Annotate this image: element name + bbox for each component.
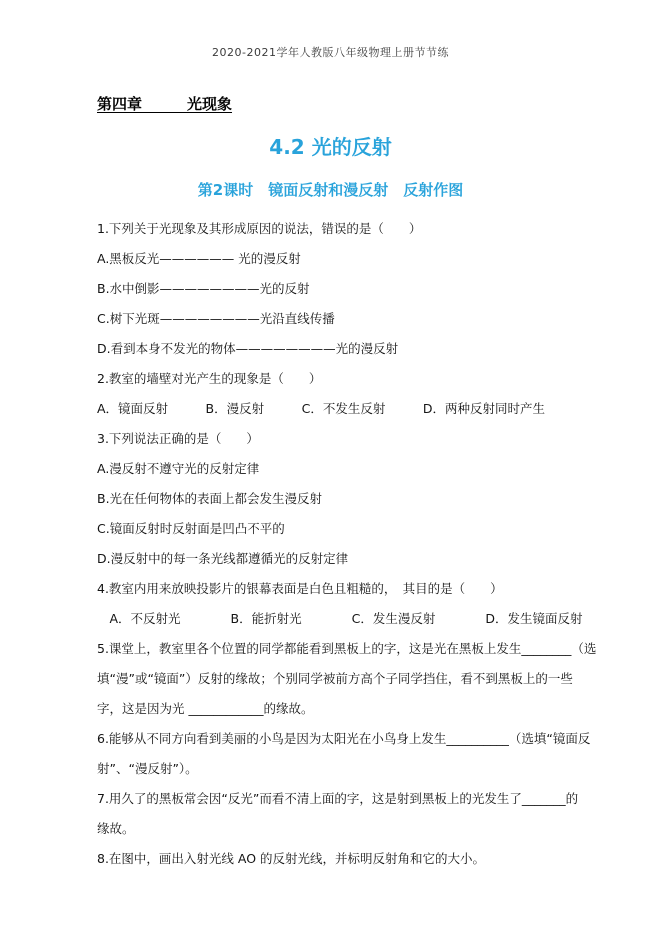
chapter-title: 第四章 光现象 <box>97 93 661 114</box>
question-3: 3.下列说法正确的是（ ） A.漫反射不遵守光的反射定律 B.光在任何物体的表面… <box>97 424 581 574</box>
question-3-option-b: B.光在任何物体的表面上都会发生漫反射 <box>97 484 581 514</box>
question-1-stem: 1.下列关于光现象及其形成原因的说法，错误的是（ ） <box>97 214 581 244</box>
question-3-option-a: A.漫反射不遵守光的反射定律 <box>97 454 581 484</box>
worksheet-page: 2020-2021学年人教版八年级物理上册节节练 第四章 光现象 4.2 光的反… <box>0 0 661 935</box>
question-4: 4.教室内用来放映投影片的银幕表面是白色且粗糙的， 其目的是（ ） A．不反射光… <box>97 574 581 634</box>
question-5-line-1: 5.课堂上，教室里各个位置的同学都能看到黑板上的字，这是光在黑板上发生_____… <box>97 634 581 664</box>
question-6-line-2: 射”、“漫反射”）。 <box>97 754 581 784</box>
question-5-line-2: 填“漫”或“镜面”）反射的缘故；个别同学被前方高个子同学挡住，看不到黑板上的一些 <box>97 664 581 694</box>
question-4-options: A．不反射光 B．能折射光 C．发生漫反射 D．发生镜面反射 <box>97 604 581 634</box>
question-3-option-c: C.镜面反射时反射面是凹凸不平的 <box>97 514 581 544</box>
question-3-option-d: D.漫反射中的每一条光线都遵循光的反射定律 <box>97 544 581 574</box>
question-7-line-1: 7.用久了的黑板常会因“反光”而看不清上面的字，这是射到黑板上的光发生了____… <box>97 784 581 814</box>
question-1-option-a: A.黑板反光—————— 光的漫反射 <box>97 244 581 274</box>
question-2: 2.教室的墙壁对光产生的现象是（ ） A．镜面反射 B．漫反射 C．不发生反射 … <box>97 364 581 424</box>
question-1-option-d: D.看到本身不发光的物体————————光的漫反射 <box>97 334 581 364</box>
document-header: 2020-2021学年人教版八年级物理上册节节练 <box>0 0 661 60</box>
question-1: 1.下列关于光现象及其形成原因的说法，错误的是（ ） A.黑板反光—————— … <box>97 214 581 364</box>
question-1-option-b: B.水中倒影————————光的反射 <box>97 274 581 304</box>
question-2-stem: 2.教室的墙壁对光产生的现象是（ ） <box>97 364 581 394</box>
question-8-line-1: 8.在图中，画出入射光线 AO 的反射光线，并标明反射角和它的大小。 <box>97 844 581 874</box>
question-7-line-2: 缘故。 <box>97 814 581 844</box>
question-5-line-3: 字，这是因为光 ____________的缘故。 <box>97 694 581 724</box>
question-6-line-1: 6.能够从不同方向看到美丽的小鸟是因为太阳光在小鸟身上发生__________（… <box>97 724 581 754</box>
question-3-stem: 3.下列说法正确的是（ ） <box>97 424 581 454</box>
question-2-options: A．镜面反射 B．漫反射 C．不发生反射 D．两种反射同时产生 <box>97 394 581 424</box>
question-7: 7.用久了的黑板常会因“反光”而看不清上面的字，这是射到黑板上的光发生了____… <box>97 784 581 844</box>
question-1-option-c: C.树下光斑————————光沿直线传播 <box>97 304 581 334</box>
question-4-stem: 4.教室内用来放映投影片的银幕表面是白色且粗糙的， 其目的是（ ） <box>97 574 581 604</box>
section-title: 4.2 光的反射 <box>0 131 661 160</box>
question-5: 5.课堂上，教室里各个位置的同学都能看到黑板上的字，这是光在黑板上发生_____… <box>97 634 581 724</box>
question-8: 8.在图中，画出入射光线 AO 的反射光线，并标明反射角和它的大小。 <box>97 844 581 874</box>
question-list: 1.下列关于光现象及其形成原因的说法，错误的是（ ） A.黑板反光—————— … <box>97 214 581 874</box>
lesson-subtitle: 第2课时 镜面反射和漫反射 反射作图 <box>0 179 661 200</box>
question-6: 6.能够从不同方向看到美丽的小鸟是因为太阳光在小鸟身上发生__________（… <box>97 724 581 784</box>
